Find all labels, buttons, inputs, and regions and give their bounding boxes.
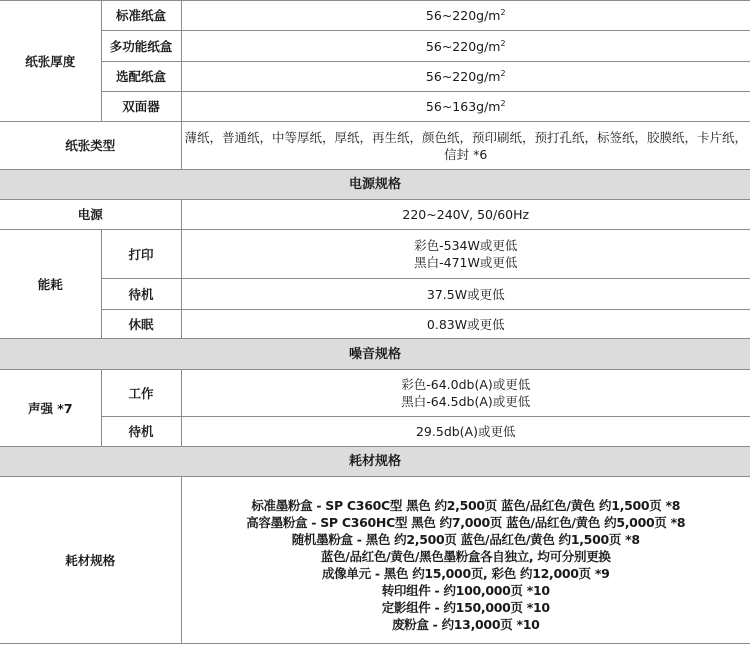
table-row: 能耗 打印 彩色-534W或更低 黑白-471W或更低: [0, 230, 750, 279]
table-row: 待机 29.5db(A)或更低: [0, 417, 750, 447]
sound-level-label: 声强 *7: [0, 370, 101, 447]
tray-label: 双面器: [101, 92, 181, 122]
power-value: 220~240V, 50/60Hz: [181, 200, 750, 230]
spec-table: 纸张厚度 标准纸盒 56~220g/m2 多功能纸盒 56~220g/m2 选配…: [0, 0, 750, 644]
power-label: 电源: [0, 200, 181, 230]
section-header-row: 耗材规格: [0, 447, 750, 477]
noise-value: 29.5db(A)或更低: [181, 417, 750, 447]
thickness-value: 56~220g/m2: [181, 62, 750, 92]
paper-type-value: 薄纸，普通纸，中等厚纸，厚纸，再生纸，颜色纸，预印刷纸，预打孔纸，标签纸，胶膜纸…: [181, 122, 750, 170]
paper-thickness-label: 纸张厚度: [0, 1, 101, 122]
table-row: 耗材规格 标准墨粉盒 - SP C360C型 黑色 约2,500页 蓝色/品红色…: [0, 477, 750, 644]
consumption-label: 能耗: [0, 230, 101, 339]
noise-section-header: 噪音规格: [0, 339, 750, 370]
thickness-value: 56~163g/m2: [181, 92, 750, 122]
mode-label: 待机: [101, 417, 181, 447]
table-row: 纸张厚度 标准纸盒 56~220g/m2: [0, 1, 750, 31]
table-row: 双面器 56~163g/m2: [0, 92, 750, 122]
consumption-value: 37.5W或更低: [181, 279, 750, 310]
table-row: 选配纸盒 56~220g/m2: [0, 62, 750, 92]
table-row: 待机 37.5W或更低: [0, 279, 750, 310]
section-header-row: 噪音规格: [0, 339, 750, 370]
consumables-value: 标准墨粉盒 - SP C360C型 黑色 约2,500页 蓝色/品红色/黄色 约…: [181, 477, 750, 644]
consumables-section-header: 耗材规格: [0, 447, 750, 477]
mode-label: 工作: [101, 370, 181, 417]
tray-label: 选配纸盒: [101, 62, 181, 92]
tray-label: 标准纸盒: [101, 1, 181, 31]
consumption-value: 0.83W或更低: [181, 310, 750, 339]
thickness-value: 56~220g/m2: [181, 31, 750, 62]
table-row: 电源 220~240V, 50/60Hz: [0, 200, 750, 230]
mode-label: 休眠: [101, 310, 181, 339]
noise-value: 彩色-64.0db(A)或更低 黑白-64.5db(A)或更低: [181, 370, 750, 417]
thickness-value: 56~220g/m2: [181, 1, 750, 31]
paper-type-label: 纸张类型: [0, 122, 181, 170]
mode-label: 待机: [101, 279, 181, 310]
mode-label: 打印: [101, 230, 181, 279]
section-header-row: 电源规格: [0, 170, 750, 200]
power-section-header: 电源规格: [0, 170, 750, 200]
tray-label: 多功能纸盒: [101, 31, 181, 62]
table-row: 声强 *7 工作 彩色-64.0db(A)或更低 黑白-64.5db(A)或更低: [0, 370, 750, 417]
table-row: 纸张类型 薄纸，普通纸，中等厚纸，厚纸，再生纸，颜色纸，预印刷纸，预打孔纸，标签…: [0, 122, 750, 170]
consumption-value: 彩色-534W或更低 黑白-471W或更低: [181, 230, 750, 279]
table-row: 休眠 0.83W或更低: [0, 310, 750, 339]
table-row: 多功能纸盒 56~220g/m2: [0, 31, 750, 62]
consumables-label: 耗材规格: [0, 477, 181, 644]
